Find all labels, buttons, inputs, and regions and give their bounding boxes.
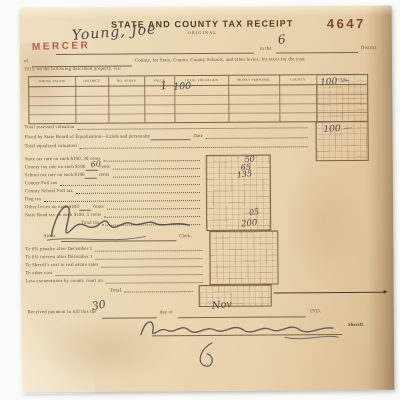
total-rule-arrow [274,292,386,294]
charge-label: To other cost [26,272,53,277]
tax-line-label: School tax rate on each $100 [25,174,85,179]
tax-line-label: County tax rate on each $100 [25,166,86,171]
valuation-table: WHOSE ESTATE DISTRICT NO. ACRES VALUE TO… [28,74,368,124]
clerk-signature [41,193,196,244]
state-road-tax-value-handwritten: 05 [249,208,260,217]
property-line: 1915, on the following described propert… [24,68,121,73]
in-the-label: in the [260,48,272,53]
charge-label: Less exonerations by county court on [26,280,103,285]
leader-dots [113,167,200,170]
tax-receipt-paper: STATE AND COUNTY TAX RECEIPT ORIGINAL 46… [20,6,395,393]
tax-line-label: County Poll tax [25,182,57,187]
tax-amount-gridbox [206,155,272,231]
charge-line-other-cost: To other cost [26,271,206,277]
grand-total-label: Total [110,289,122,294]
leader-dots [80,145,308,149]
charges-gridbox [209,231,278,285]
leader-dots [102,265,203,268]
received-line: Received payment in full this the [28,311,97,316]
leader-dots [124,290,192,292]
district-value-handwritten: 6 [277,33,286,46]
of-label: of [24,60,28,65]
scanned-page: STATE AND COUNTY TAX RECEIPT ORIGINAL 46… [0,0,400,400]
tax-line-county-poll: County Poll tax [25,181,203,187]
name-blank-line [56,52,254,55]
total-equalized-label: Total equalized valuation [25,145,77,150]
tax-line-school: School tax rate on each $100 cents [25,173,203,179]
tax-line-label: State tax rate on each $100, 30 cents [25,158,101,163]
leader-dots [96,257,203,260]
charge-line-sheriff-cost: To Sheriff's cost in real estate sales [25,263,205,269]
month-value-handwritten: Nov [211,300,232,312]
charge-line-interest: To 6% interest after December 1 [25,255,205,261]
row1-acres-handwritten: 1 [160,80,168,92]
leader-dots [95,249,202,252]
charge-label: To Sheriff's cost in real estate sales [25,264,98,269]
table-header-acres: NO. ACRES [109,79,145,83]
date-label: Date [193,135,203,140]
day-value-handwritten: 30 [91,299,107,312]
table-header-whose-estate: WHOSE ESTATE [29,80,75,84]
total-assessed-label: Total assessed valuation [24,126,74,131]
charge-label: To 6% interest after December 1 [25,256,92,261]
tax-line-suffix: cents [99,174,110,179]
rate-fill-blank [85,176,97,178]
date-blank [206,136,308,139]
equalized-by-label: Fixed by State Board of Equalization—Lan… [25,135,151,141]
school-tax-value-handwritten: 135 [236,170,252,180]
equalization-line: Fixed by State Board of Equalization—Lan… [25,134,311,141]
stray-pen-mark [190,341,226,369]
tax-line-label: Dog tax [25,198,41,203]
total-tax-value-handwritten: 200 [241,219,258,229]
leader-dots [106,281,203,284]
charge-line-exonerations: Less exonerations by county court on [26,279,206,285]
county-rate-fill-handwritten: 60 [90,160,101,169]
receipt-number: 4647 [327,16,366,31]
tax-line-state: State tax rate on each $100, 30 cents [25,157,203,163]
equalization-blank [150,138,190,140]
sheriff-signature [135,311,340,344]
table-header-county: COUNTY [279,78,316,82]
leader-dots [60,183,200,186]
leader-dots [78,126,308,130]
paper-stain-mid-right [283,156,364,287]
table-header-district: DISTRICT [75,79,109,83]
arrowhead [384,290,388,294]
table-header-money-personal: MONEY PERSONAL [229,78,280,82]
total-assessed-line: Total assessed valuation [24,124,310,131]
district-label: District [361,47,377,52]
grand-total-line: Total [110,288,196,294]
charge-label: To 6% penalty after December 1 [25,248,92,253]
total-assessed-value-handwritten: 100 — [323,124,353,135]
district-blank-line [276,51,358,54]
leader-dots [104,159,200,162]
charge-line-penalty: To 6% penalty after December 1 [25,247,205,253]
leader-dots [56,273,203,276]
tax-line-county: County tax rate on each $100 cents [25,165,203,171]
leader-dots [112,175,199,178]
row1-value-handwritten: 100 [173,82,192,93]
grand-total-gridbox [199,285,272,308]
total-equalized-line: Total equalized valuation [25,143,311,150]
levies-line: County, for State, County, County School… [135,58,305,64]
sheriff-label: Sheriff. [348,324,365,329]
paper-right-edge-shadow [366,6,395,390]
